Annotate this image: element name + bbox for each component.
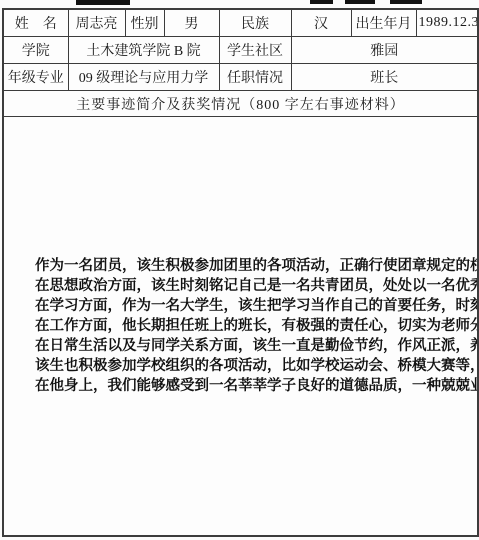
grade-major-value: 09 级理论与应用力学: [68, 64, 219, 91]
table-row: 作为一名团员，该生积极参加团里的各项活动，正确行使团章规定的权利，模范履行团员义…: [3, 117, 478, 537]
achievement-paragraph: 在工作方面，他长期担任班上的班长，有极强的责任心，切实为老师分忧，为同学服务，积…: [6, 316, 475, 336]
position-label: 任职情况: [219, 64, 291, 91]
name-value: 周志亮: [68, 9, 125, 37]
gender-label: 性别: [125, 9, 164, 37]
cropped-text-remnant: [310, 0, 333, 4]
achievement-paragraph: 该生也积极参加学校组织的各项活动，比如学校运动会、桥模大赛等，并屡有获奖，他还加…: [6, 356, 475, 376]
name-label: 姓 名: [3, 9, 68, 37]
table-row: 主要事迹简介及获奖情况（800 字左右事迹材料）: [3, 91, 478, 117]
cropped-text-remnant: [390, 0, 422, 4]
birthdate-label: 出生年月: [351, 9, 416, 37]
achievement-paragraph: 在思想政治方面，该生时刻铭记自己是一名共青团员，处处以一名优秀共青团员的标准来要…: [6, 276, 475, 296]
section-title: 主要事迹简介及获奖情况（800 字左右事迹材料）: [3, 91, 478, 117]
achievement-paragraph: 在学习方面，作为一名大学生，该生把学习当作自己的首要任务，时刻牢记着学习，学习十…: [6, 296, 475, 316]
gender-value: 男: [164, 9, 219, 37]
cropped-text-remnant: [345, 0, 375, 4]
birthdate-value: 1989.12.30: [416, 9, 478, 37]
student-info-table: 姓 名 周志亮 性别 男 民族 汉 出生年月 1989.12.30 学院 土木建…: [2, 8, 479, 537]
table-row: 姓 名 周志亮 性别 男 民族 汉 出生年月 1989.12.30: [3, 9, 478, 37]
achievement-paragraph: 作为一名团员，该生积极参加团里的各项活动，正确行使团章规定的权利，模范履行团员义…: [6, 256, 475, 276]
cropped-text-remnant: [76, 0, 130, 5]
table-row: 年级专业 09 级理论与应用力学 任职情况 班长: [3, 64, 478, 91]
community-value: 雅园: [291, 37, 478, 64]
grade-major-label: 年级专业: [3, 64, 68, 91]
ethnicity-value: 汉: [291, 9, 351, 37]
college-value: 土木建筑学院 B 院: [68, 37, 219, 64]
ethnicity-label: 民族: [219, 9, 291, 37]
student-commendation-form-page: 姓 名 周志亮 性别 男 民族 汉 出生年月 1989.12.30 学院 土木建…: [0, 0, 479, 540]
achievement-paragraph: 在日常生活以及与同学关系方面，该生一直是勤俭节约，作风正派，养成了批评与自我批评…: [6, 336, 475, 356]
position-value: 班长: [291, 64, 478, 91]
achievement-text: 作为一名团员，该生积极参加团里的各项活动，正确行使团章规定的权利，模范履行团员义…: [6, 256, 475, 396]
community-label: 学生社区: [219, 37, 291, 64]
table-row: 学院 土木建筑学院 B 院 学生社区 雅园: [3, 37, 478, 64]
achievement-paragraph: 在他身上，我们能够感受到一名莘莘学子良好的道德品质，一种兢兢业业、身体力行的工作…: [6, 376, 475, 396]
college-label: 学院: [3, 37, 68, 64]
achievement-body-cell: 作为一名团员，该生积极参加团里的各项活动，正确行使团章规定的权利，模范履行团员义…: [3, 117, 478, 537]
